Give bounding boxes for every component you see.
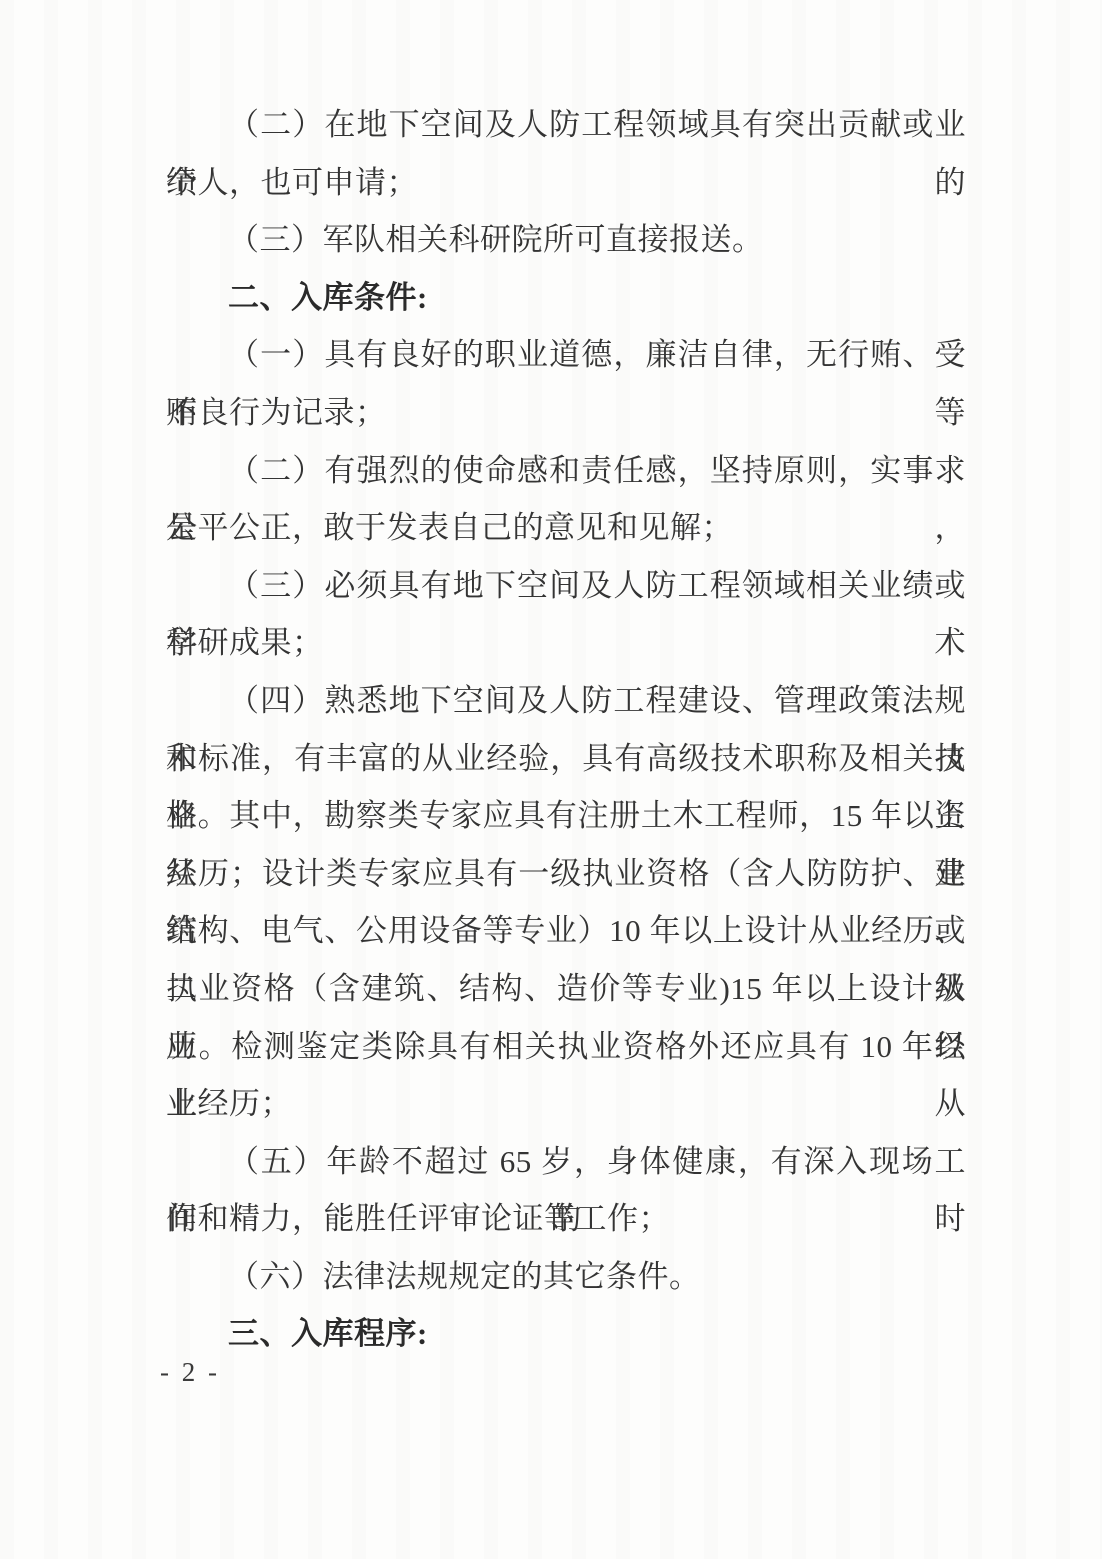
page-number: - 2 - <box>160 1352 220 1392</box>
text-line: （六）法律法规规定的其它条件。 <box>166 1248 966 1306</box>
text-line: 历。检测鉴定类除具有相关执业资格外还应具有 10 年以上从 <box>166 1018 966 1076</box>
text-line: 经历；设计类专家应具有一级执业资格（含人防防护、建筑、 <box>166 845 966 903</box>
text-line: 格。其中，勘察类专家应具有注册土木工程师，15 年以上从业 <box>166 787 966 845</box>
text-line: 术标准，有丰富的从业经验，具有高级技术职称及相关执业资 <box>166 730 966 788</box>
text-line: （二）在地下空间及人防工程领域具有突出贡献或业绩的 <box>166 96 966 154</box>
section-heading-2: 二、入库条件: <box>166 269 966 327</box>
document-body: （二）在地下空间及人防工程领域具有突出贡献或业绩的 个人，也可申请； （三）军队… <box>166 96 966 1363</box>
text-line: （四）熟悉地下空间及人防工程建设、管理政策法规和技 <box>166 672 966 730</box>
text-line: 结构、电气、公用设备等专业）10 年以上设计从业经历或二级 <box>166 902 966 960</box>
text-line: （三）军队相关科研院所可直接报送。 <box>166 211 966 269</box>
section-heading-3: 三、入库程序: <box>166 1305 966 1363</box>
text-line: （五）年龄不超过 65 岁，身体健康，有深入现场工作的时 <box>166 1133 966 1191</box>
text-line: （三）必须具有地下空间及人防工程领域相关业绩或学术 <box>166 557 966 615</box>
document-page: （二）在地下空间及人防工程领域具有突出贡献或业绩的 个人，也可申请； （三）军队… <box>0 0 1102 1559</box>
text-line: （一）具有良好的职业道德，廉洁自律，无行贿、受贿等 <box>166 326 966 384</box>
text-line: 执业资格（含建筑、结构、造价等专业)15 年以上设计从业经 <box>166 960 966 1018</box>
text-line: （二）有强烈的使命感和责任感，坚持原则，实事求是， <box>166 442 966 500</box>
